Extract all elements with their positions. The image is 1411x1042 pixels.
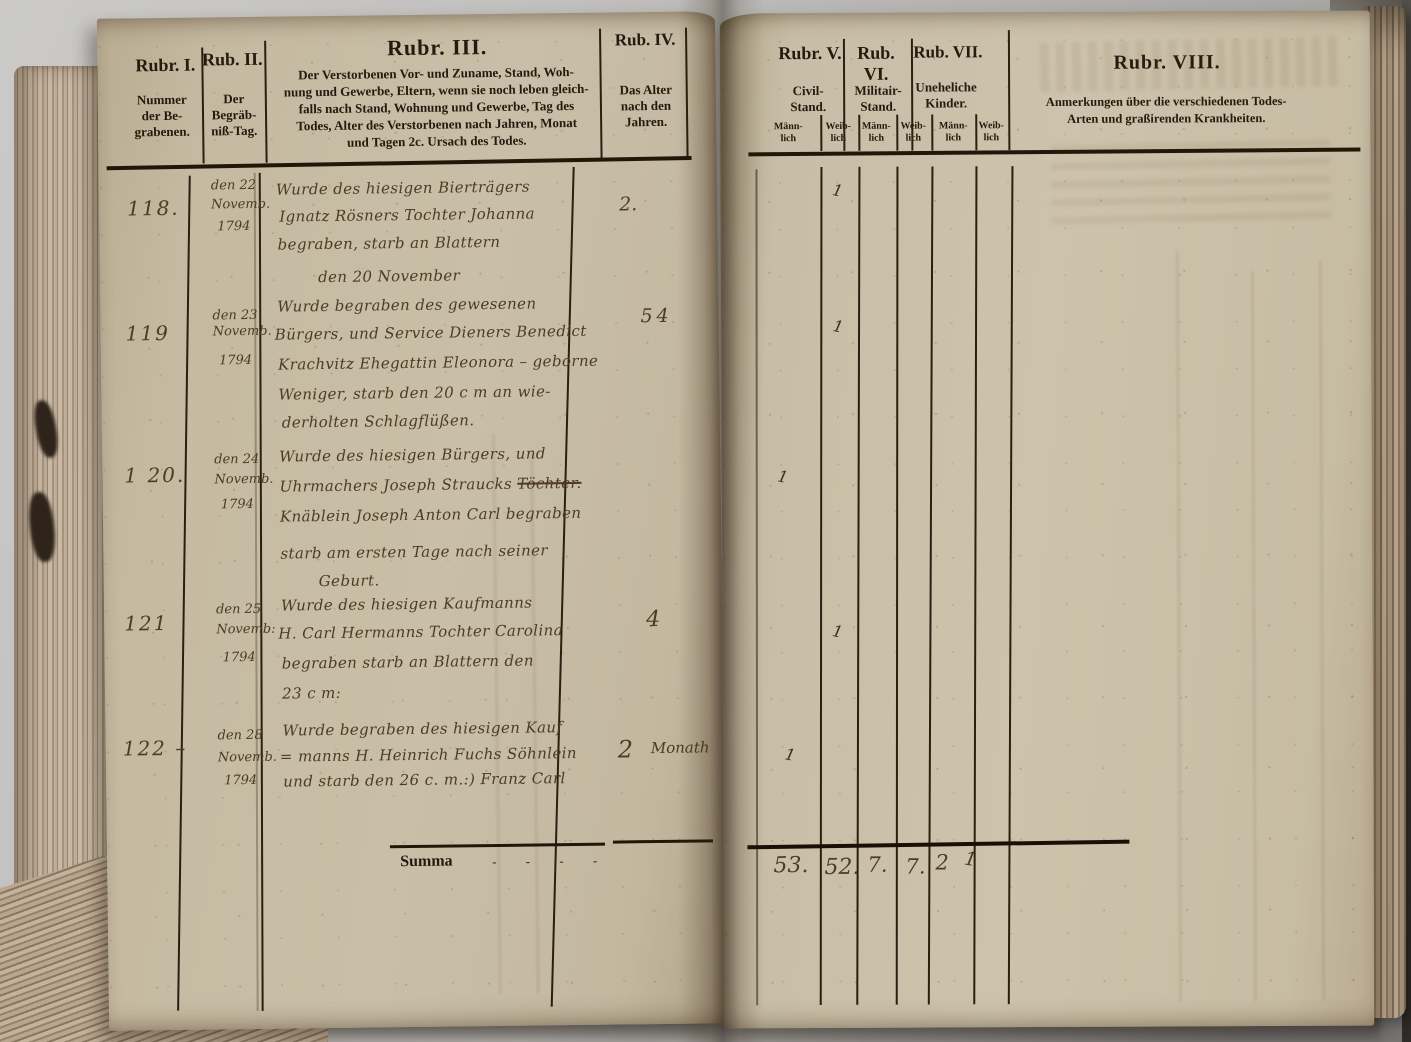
entry-text-line: Wurde begraben des hiesigen Kauf — [282, 718, 562, 739]
entry-text-line: Geburt. — [319, 571, 380, 590]
total-civil-male: 53. — [773, 853, 808, 878]
register-entry-122: 122 – den 28 Novemb. 1794 Wurde begraben… — [105, 711, 724, 819]
register-entry-120: 1 20. den 24 Novemb. 1794 Wurde des hies… — [102, 436, 722, 594]
header-subdivider — [931, 114, 933, 150]
subcol-weiblich-label: Weib- lich — [820, 121, 856, 145]
subcol-label-line: lich — [820, 133, 856, 145]
header-subdivider — [820, 115, 822, 151]
entry-text-line: Ignatz Rösners Tochter Johanna — [279, 204, 535, 225]
entry-text-line: Krachvitz Ehegattin Eleonora – geborne — [278, 352, 598, 374]
entry-date-line: Novemb: — [216, 622, 275, 638]
subcol-label-line: lich — [858, 133, 894, 145]
subcol-maennlich-label: Männ- lich — [770, 121, 806, 145]
subcol-label-line: lich — [973, 132, 1009, 144]
tally-mark-civil-maennlich: 1 — [783, 744, 797, 765]
left-page: Rubr. I. Rub. II. Rubr. III. Rub. IV. Nu… — [97, 11, 727, 1030]
rubric-1-label-line: Nummer — [118, 91, 206, 108]
entry-text-line: Weniger, starb den 20 c m an wie- — [278, 382, 551, 403]
print-through-line — [1251, 271, 1257, 1001]
tally-mark-civil-weiblich: 1 — [831, 180, 845, 201]
entry-text-line: den 20 November — [318, 266, 460, 286]
entry-text-line: Knäblein Joseph Anton Carl begraben — [280, 504, 582, 526]
entry-age: 2 — [618, 735, 634, 763]
entry-age: 54 — [640, 305, 672, 327]
entry-date-line: den 24 — [214, 452, 259, 468]
subcol-label-line: Männ- — [770, 121, 806, 133]
rubric-7-title: Rub. VII. — [912, 42, 984, 62]
entry-text-struck-word: Töchter. — [517, 474, 582, 493]
entry-number: 122 – — [123, 736, 188, 761]
entry-number: 118. — [127, 196, 180, 221]
entry-date-line: 1794 — [224, 773, 257, 788]
total-civil-female: 52. — [824, 855, 859, 880]
header-subdivider — [896, 115, 898, 151]
entry-text-line: Uhrmachers Joseph Straucks Töchter. — [279, 474, 581, 496]
entry-number: 119 — [126, 321, 170, 346]
rubric-1-title: Rubr. I. — [123, 54, 207, 76]
rubric-2-label: Der Begräb- niß-Tag. — [204, 91, 265, 140]
rubric-2-label-line: Begräb- — [204, 107, 264, 124]
tally-column-rule — [1008, 166, 1014, 1004]
entry-text-line: Wurde des hiesigen Kaufmanns — [281, 594, 533, 615]
entry-text-line: derholten Schlagflüßen. — [282, 411, 475, 431]
entry-number: 121 — [124, 611, 168, 636]
rubric-3-label: Der Verstorbenen Vor- und Zuname, Stand,… — [269, 63, 603, 152]
rubric-1-label-line: grabenen. — [118, 123, 206, 140]
entry-text-line: und starb den 26 c. m.:) Franz Carl — [283, 769, 566, 790]
rubric-2-label-line: niß-Tag. — [204, 123, 264, 140]
tally-mark-civil-maennlich: 1 — [776, 466, 790, 487]
entry-text-line: begraben starb an Blattern den — [282, 652, 534, 673]
rubric-4-label-line: Das Alter — [604, 82, 688, 99]
subcol-weiblich-label: Weib- lich — [973, 120, 1009, 144]
entry-text-line: 23 c m: — [282, 684, 341, 703]
rubric-1-label: Nummer der Be- grabenen. — [118, 91, 207, 140]
subcol-maennlich-label: Männ- lich — [858, 121, 894, 145]
rubric-4-label-line: Jahren. — [604, 114, 688, 131]
rubric-4-label-line: nach den — [604, 98, 688, 115]
entry-number: 1 20. — [124, 463, 185, 488]
entry-date-line: den 22 — [211, 178, 256, 194]
print-through-line — [1319, 261, 1325, 1001]
total-illegitimate-female: 1 — [963, 847, 979, 871]
subcol-label-line: Männ- — [858, 121, 894, 133]
entry-date-line: 1794 — [219, 353, 252, 368]
entry-date-line: Novemb. — [214, 472, 273, 488]
tally-mark-civil-weiblich: 1 — [831, 316, 845, 337]
rubric-7-label-line: Kinder. — [906, 95, 986, 111]
tally-column-rule — [896, 167, 899, 1005]
print-through-text — [1040, 36, 1341, 93]
print-through-line — [1176, 251, 1182, 1001]
entry-text-line: = manns H. Heinrich Fuchs Söhnlein — [280, 744, 577, 766]
subcol-label-line: Weib- — [820, 121, 856, 133]
entry-date-line: 1794 — [223, 650, 256, 665]
tally-column-rule — [928, 166, 934, 1004]
rubric-6-title: Rub. VI. — [843, 43, 909, 85]
total-illegitimate-male: 2 — [935, 850, 948, 874]
subcol-label-line: lich — [770, 133, 806, 145]
entry-text-line: Bürgers, und Service Dieners Benedict — [275, 322, 587, 344]
rubric-3-title: Rubr. III. — [272, 33, 602, 63]
rubric-4-title: Rub. IV. — [600, 30, 690, 51]
entry-text-line: Wurde begraben des gewesenen — [277, 294, 536, 315]
rubric-7-label-line: Uneheliche — [906, 79, 986, 95]
entry-text-line: begraben, starb an Blattern — [278, 233, 501, 254]
summa-rule — [613, 839, 713, 843]
entry-text-line: Wurde des hiesigen Bürgers, und — [279, 444, 546, 465]
book-photo: Rubr. I. Rub. II. Rubr. III. Rub. IV. Nu… — [0, 0, 1411, 1042]
tally-column-rule — [973, 166, 977, 1004]
subcol-label-line: Weib- — [973, 120, 1009, 132]
rubric-7-label: Uneheliche Kinder. — [906, 79, 986, 111]
print-through-text — [1050, 128, 1332, 224]
rubric-1-label-line: der Be- — [118, 107, 206, 124]
rubric-8-label-line: Anmerkungen über die verschiedenen Todes… — [1030, 93, 1302, 111]
rubric-5-label-line: Civil- — [768, 83, 848, 99]
entry-date-line: den 25 — [216, 602, 261, 618]
header-divider — [1008, 30, 1011, 150]
entry-date-line: den 28 — [218, 728, 263, 744]
entry-text-line: H. Carl Hermanns Tochter Carolina — [278, 621, 563, 642]
rubric-2-label-line: Der — [204, 91, 264, 108]
tally-column-rule — [755, 169, 758, 1005]
right-page: Rubr. V. Rub. VI. Rub. VII. Rubr. VIII. … — [720, 11, 1374, 1029]
summa-label: Summa — [400, 853, 453, 872]
tally-mark-civil-weiblich: 1 — [831, 621, 845, 642]
rubric-8-label: Anmerkungen über die verschiedenen Todes… — [1030, 93, 1302, 128]
summa-filler-dots: - - - - — [492, 852, 632, 870]
rubric-4-label: Das Alter nach den Jahren. — [604, 82, 689, 131]
subcol-label-line: Männ- — [935, 120, 971, 132]
header-divider — [264, 41, 267, 163]
subcol-label-line: lich — [935, 132, 971, 144]
entry-age-unit: Monath — [651, 738, 710, 757]
entry-age: 4 — [646, 607, 660, 632]
rubric-2-title: Rub. II. — [199, 49, 265, 71]
register-entry-121: 121 den 25 Novemb: 1794 Wurde des hiesig… — [104, 586, 723, 714]
entry-date-line: Novemb. — [218, 750, 277, 766]
entry-text-part: Uhrmachers Joseph Straucks — [279, 475, 512, 496]
header-subdivider — [975, 114, 977, 150]
entry-text-line: Wurde des hiesigen Bierträgers — [276, 178, 530, 199]
entry-date-line: Novemb. — [213, 324, 272, 340]
entry-date-line: 1794 — [217, 219, 250, 234]
entry-date-line: Novemb. — [211, 197, 270, 213]
entry-text-line: starb am ersten Tage nach seiner — [280, 541, 548, 562]
entry-date-line: 1794 — [221, 497, 254, 512]
total-military-female: 7. — [905, 855, 925, 879]
header-subdivider — [858, 115, 860, 151]
rubric-5-label-line: Stand. — [768, 99, 848, 115]
total-military-male: 7. — [867, 853, 887, 877]
rubric-8-label-line: Arten und graßirenden Krankheiten. — [1030, 110, 1302, 128]
tally-column-rule — [820, 167, 823, 1005]
subcol-maennlich-label: Männ- lich — [935, 120, 971, 144]
entry-date-line: den 23 — [212, 308, 257, 324]
rubric-5-label: Civil- Stand. — [768, 83, 848, 115]
entry-age: 2. — [619, 193, 637, 215]
register-entry-118: 118. den 22 Novemb. 1794 Wurde des hiesi… — [99, 166, 718, 294]
register-entry-119: 119 den 23 Novemb. 1794 Wurde begraben d… — [100, 286, 720, 444]
totals-rule — [747, 840, 1129, 849]
